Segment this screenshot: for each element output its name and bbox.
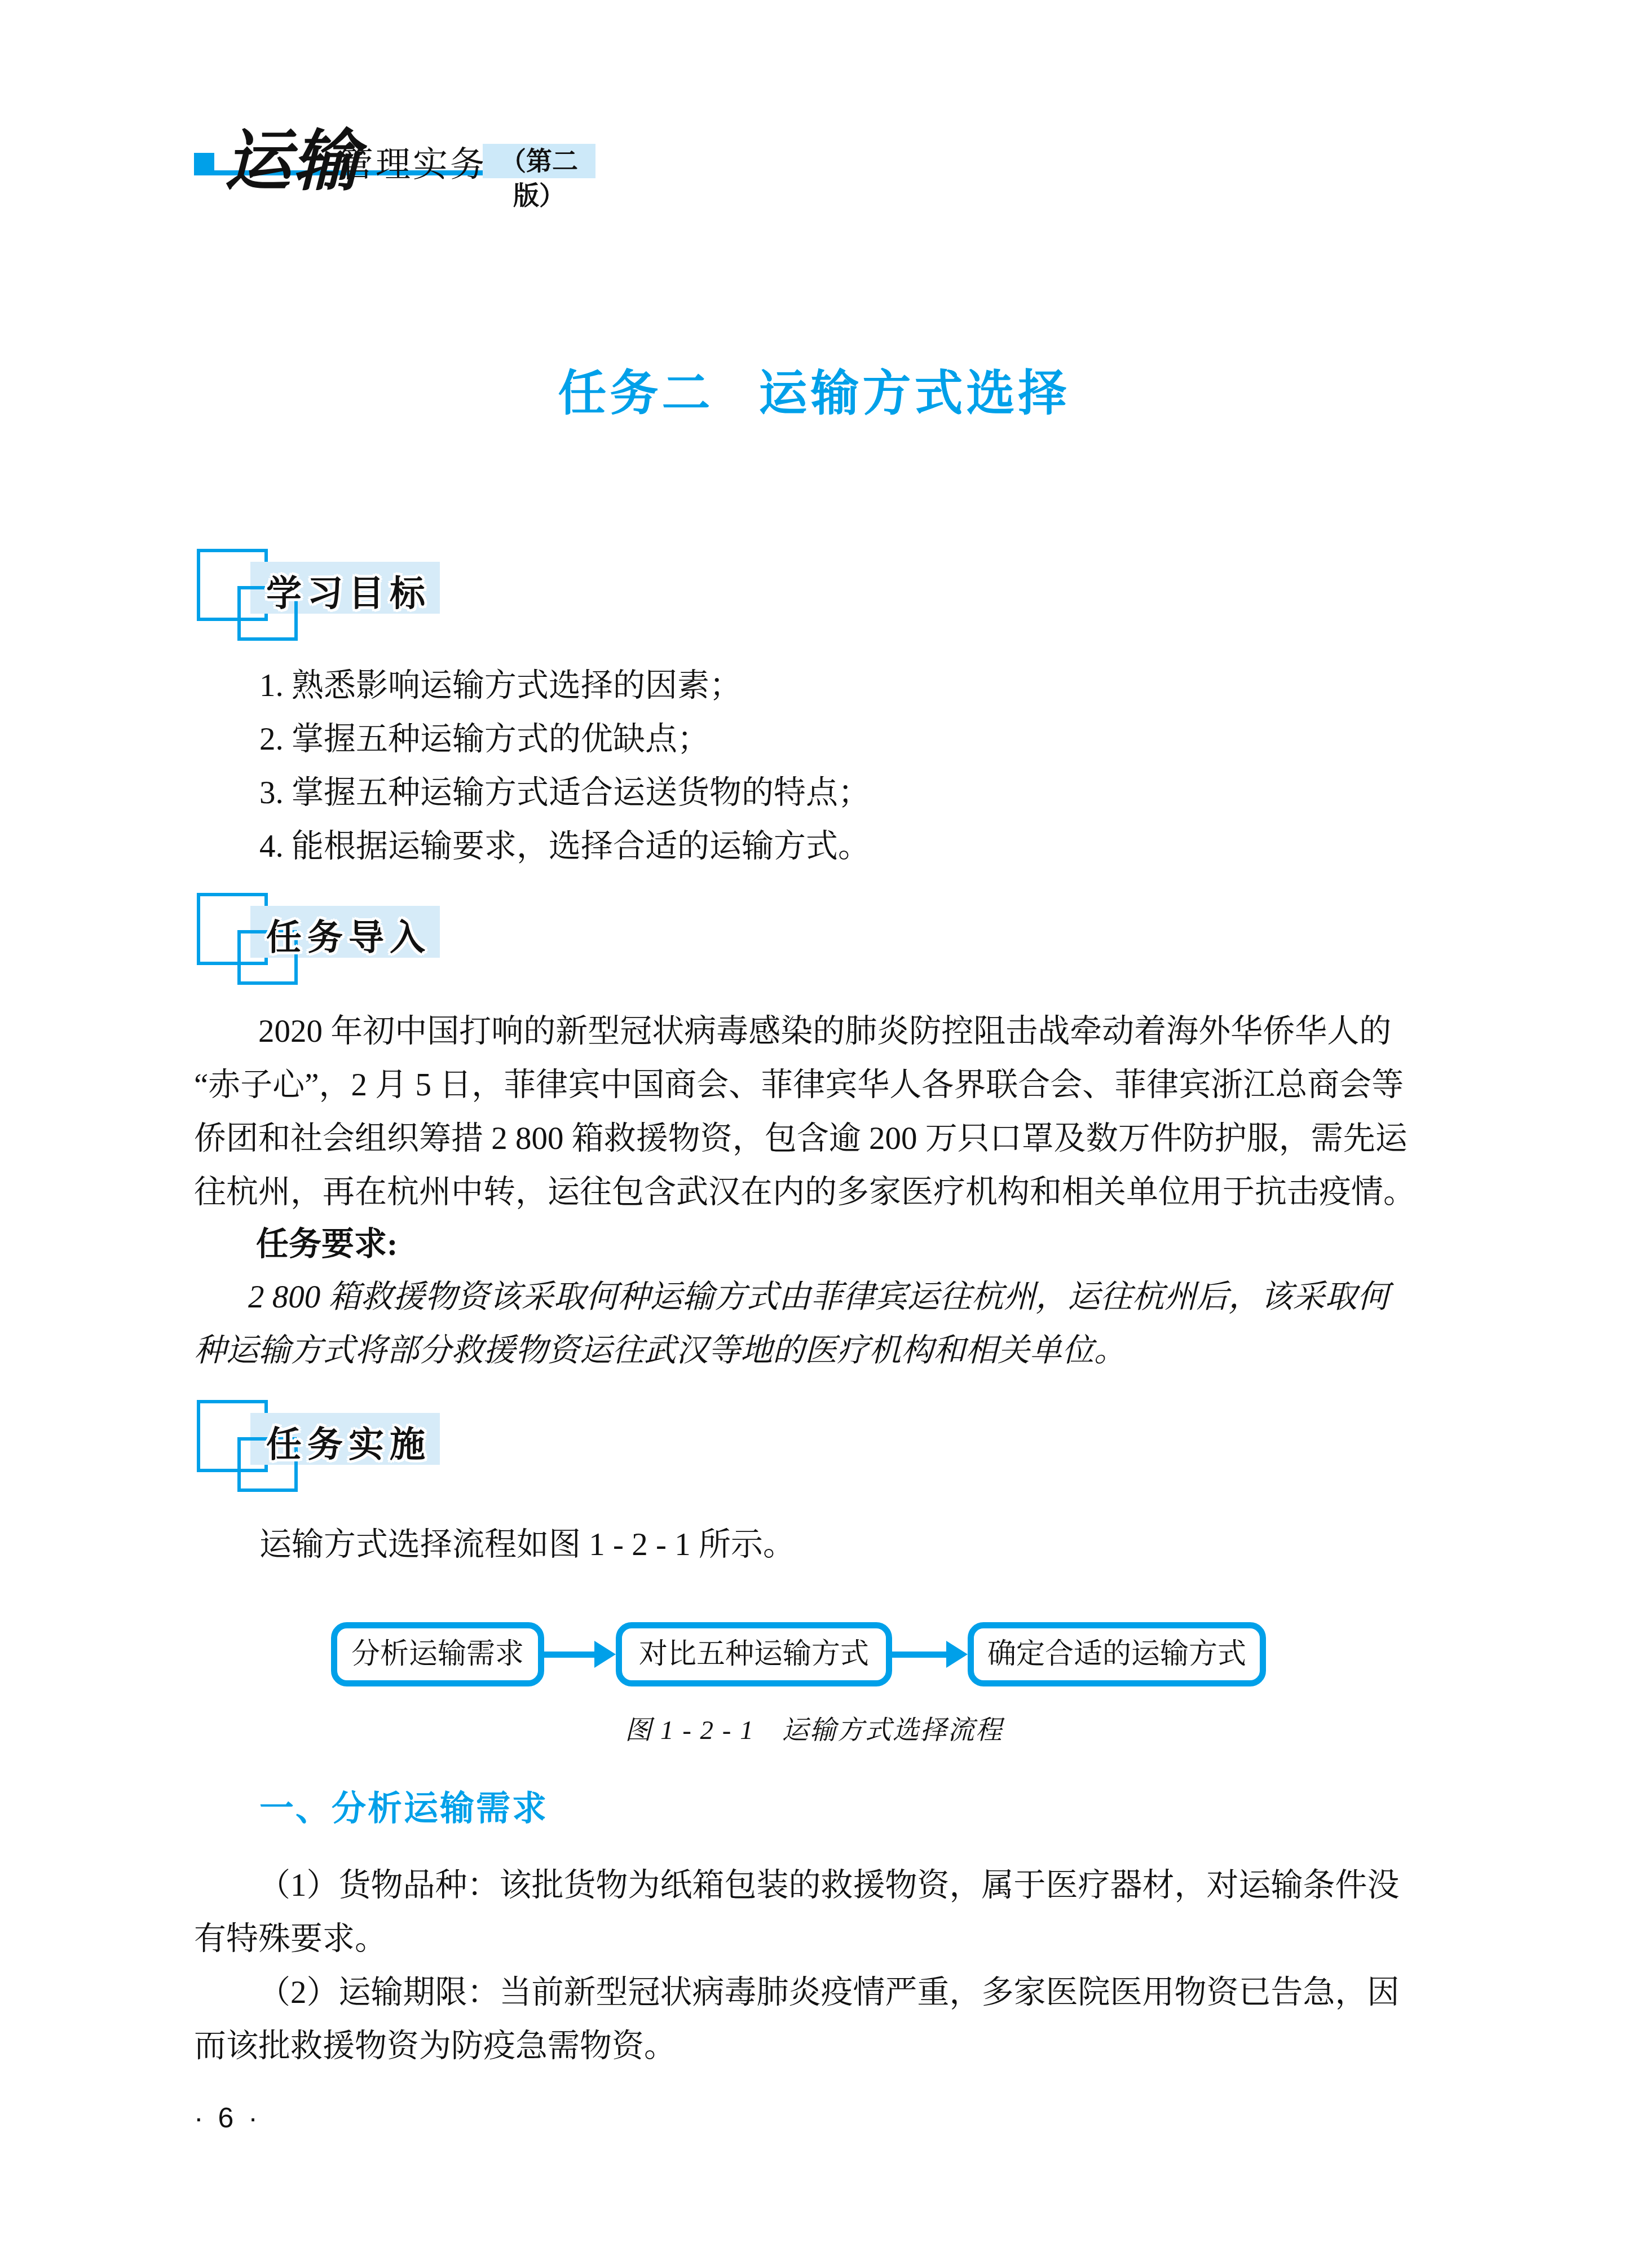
flow-step-compare-modes: 对比五种运输方式 bbox=[616, 1622, 892, 1686]
page-number: · 6 · bbox=[194, 2102, 261, 2134]
objective-item: 3. 掌握五种运输方式适合运送货物的特点； bbox=[259, 766, 1444, 820]
page-title: 任务二运输方式选择 bbox=[0, 354, 1628, 424]
badge-label: 任务实施 bbox=[266, 1416, 431, 1467]
header-blue-square-icon bbox=[194, 153, 214, 172]
analysis-paragraph-2: （2）运输期限：当前新型冠状病毒肺炎疫情严重，多家医院医用物资已告急，因 而该批… bbox=[194, 1966, 1438, 2073]
text-line: 往杭州，再在杭州中转，运往包含武汉在内的多家医疗机构和相关单位用于抗击疫情。 bbox=[194, 1165, 1438, 1219]
text-line: （2）运输期限：当前新型冠状病毒肺炎疫情严重，多家医院医用物资已告急，因 bbox=[194, 1966, 1438, 2019]
objective-item: 1. 熟悉影响运输方式选择的因素； bbox=[259, 659, 1444, 712]
flowchart-figure: 分析运输需求 对比五种运输方式 确定合适的运输方式 bbox=[0, 1622, 1628, 1696]
text-line: 2 800 箱救援物资该采取何种运输方式由菲律宾运往杭州，运往杭州后，该采取何 bbox=[194, 1270, 1438, 1324]
badge-label: 学习目标 bbox=[266, 565, 431, 616]
book-logo-text: 管理实务 bbox=[338, 136, 487, 187]
flow-step-analyze-demand: 分析运输需求 bbox=[331, 1622, 544, 1686]
flow-step-select-mode: 确定合适的运输方式 bbox=[968, 1622, 1266, 1686]
analysis-paragraph-1: （1）货物品种：该批货物为纸箱包装的救援物资，属于医疗器材，对运输条件没 有特殊… bbox=[194, 1859, 1438, 1966]
flow-arrow-icon bbox=[892, 1622, 968, 1686]
figure-caption: 图 1 - 2 - 1 运输方式选择流程 bbox=[0, 1709, 1628, 1747]
edition-badge: （第二版） bbox=[483, 144, 595, 178]
task-requirement-label: 任务要求: bbox=[256, 1217, 398, 1271]
flow-arrow-icon bbox=[544, 1622, 616, 1686]
text-line: 2020 年初中国打响的新型冠状病毒感染的肺炎防控阻击战牵动着海外华侨华人的 bbox=[194, 1005, 1438, 1058]
text-line: “赤子心”，2 月 5 日，菲律宾中国商会、菲律宾华人各界联合会、菲律宾浙江总商… bbox=[194, 1058, 1438, 1112]
arrow-shaft bbox=[544, 1652, 597, 1658]
text-line: （1）货物品种：该批货物为纸箱包装的救援物资，属于医疗器材，对运输条件没 bbox=[194, 1859, 1438, 1912]
section-badge-task-intro: 任务导入 bbox=[194, 893, 623, 992]
text-line: 侨团和社会组织筹措 2 800 箱救援物资，包含逾 200 万只口罩及数万件防护… bbox=[194, 1112, 1438, 1165]
task-requirement-text: 2 800 箱救援物资该采取何种运输方式由菲律宾运往杭州，运往杭州后，该采取何 … bbox=[194, 1270, 1438, 1377]
task-intro-paragraph: 2020 年初中国打响的新型冠状病毒感染的肺炎防控阻击战牵动着海外华侨华人的 “… bbox=[194, 1005, 1438, 1219]
objective-item: 2. 掌握五种运输方式的优缺点； bbox=[259, 712, 1444, 766]
page-title-part1: 任务二 bbox=[558, 367, 714, 421]
arrow-head bbox=[594, 1641, 616, 1668]
objectives-list: 1. 熟悉影响运输方式选择的因素； 2. 掌握五种运输方式的优缺点； 3. 掌握… bbox=[259, 659, 1444, 873]
text-line: 有特殊要求。 bbox=[194, 1912, 1438, 1966]
arrow-shaft bbox=[892, 1652, 948, 1658]
textbook-page: 运输 管理实务 （第二版） 任务二运输方式选择 学习目标 1. 熟悉影响运输方式… bbox=[0, 0, 1628, 2268]
section-badge-objectives: 学习目标 bbox=[194, 549, 623, 648]
section-badge-task-impl: 任务实施 bbox=[194, 1400, 623, 1499]
badge-label: 任务导入 bbox=[266, 909, 431, 960]
text-line: 种运输方式将部分救援物资运往武汉等地的医疗机构和相关单位。 bbox=[194, 1324, 1438, 1377]
objective-item: 4. 能根据运输要求，选择合适的运输方式。 bbox=[259, 820, 1444, 873]
arrow-head bbox=[946, 1641, 968, 1668]
flow-lead-text: 运输方式选择流程如图 1 - 2 - 1 所示。 bbox=[259, 1518, 795, 1571]
section-heading-analyze-demand: 一、分析运输需求 bbox=[259, 1781, 548, 1830]
running-head: 运输 管理实务 （第二版） bbox=[0, 0, 1628, 203]
page-title-part2: 运输方式选择 bbox=[759, 367, 1070, 421]
text-line: 而该批救援物资为防疫急需物资。 bbox=[194, 2019, 1438, 2073]
